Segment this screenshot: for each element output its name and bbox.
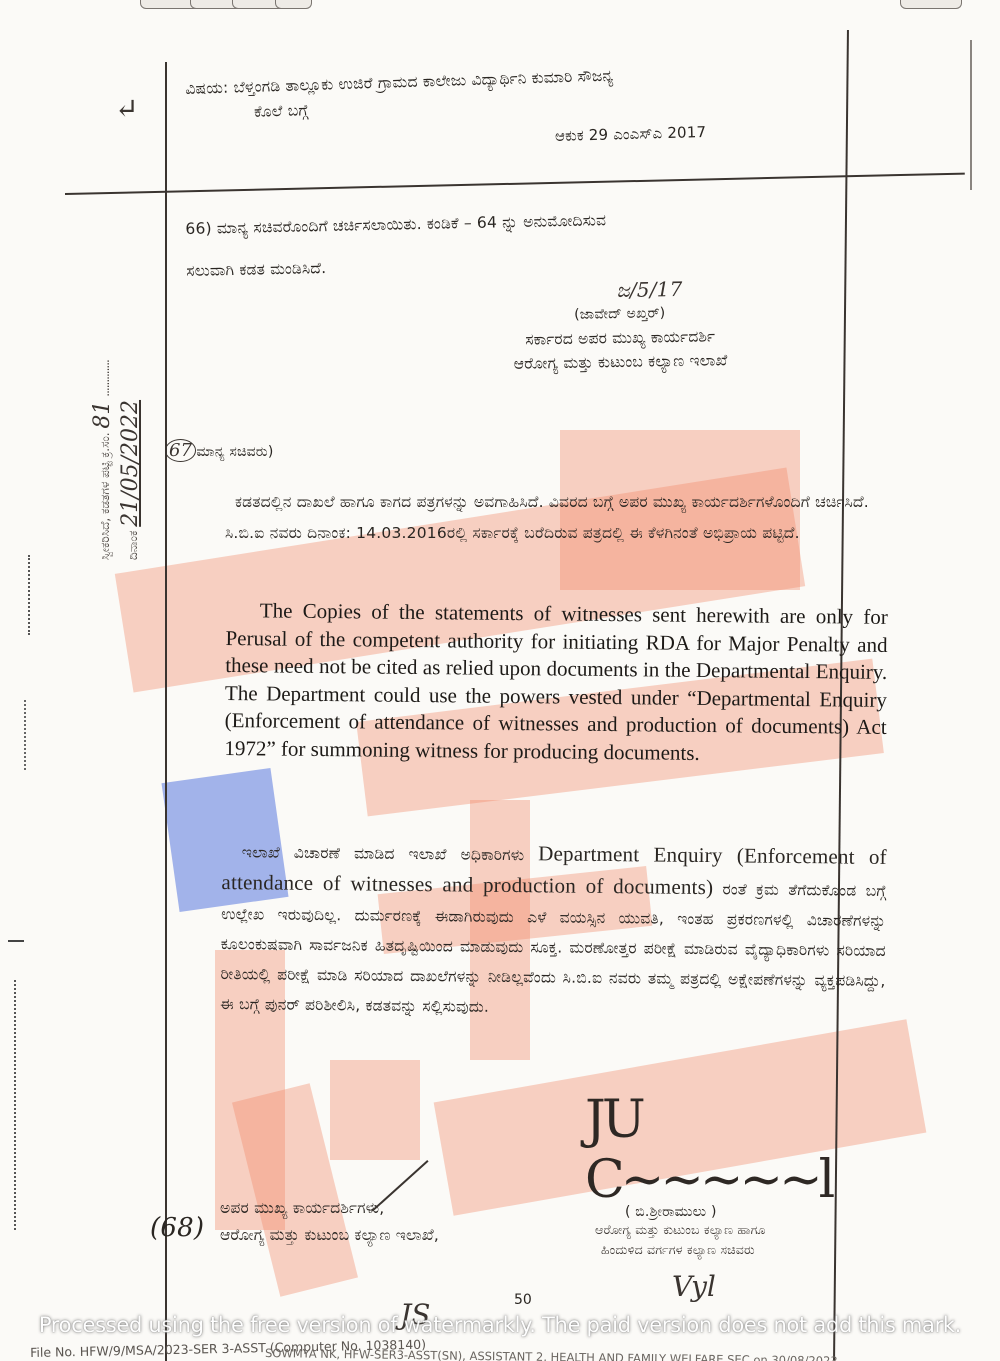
note-68-line-1: ಅಪರ ಮುಖ್ಯ ಕಾರ್ಯದರ್ಶಿಗಳು, (220, 1195, 439, 1222)
binding-tab (900, 0, 962, 9)
stamp-serial: 81 (90, 401, 115, 429)
scan-artifact (14, 980, 18, 1230)
minister-signature: JU C~~~~~l (585, 1090, 875, 1210)
minister-title-2: ಹಿಂದುಳಿದ ವರ್ಗಗಳ ಕಲ್ಯಾಣ ಸಚಿವರು (585, 1240, 875, 1260)
scan-artifact (24, 700, 28, 770)
minister-title-1: ಆರೋಗ್ಯ ಮತ್ತು ಕುಟುಂಬ ಕಲ್ಯಾಣ ಹಾಗೂ (585, 1220, 875, 1240)
note-67-heading: 67ಮಾನ್ಯ ಸಚಿವರು) (165, 440, 273, 461)
note-67-number: 67 (165, 439, 196, 462)
cbi-quote-english: The Copies of the statements of witnesse… (224, 597, 888, 769)
margin-tick-mark: ↵ (115, 92, 138, 125)
page-number: 50 (514, 1292, 532, 1308)
note-67-addressee: ಮಾನ್ಯ ಸಚಿವರು) (196, 444, 273, 460)
para-2-part-1: ಇಲಾಖೆ ವಿಚಾರಣೆ ಮಾಡಿದ ಇಲಾಖೆ ಅಧಿಕಾರಿಗಳು (222, 843, 539, 864)
subject-label: ವಿಷಯ: (185, 79, 229, 98)
left-margin-line (165, 62, 167, 1361)
stamp-date: 21/05/2022 (118, 400, 143, 527)
binding-tab (275, 0, 312, 9)
watermark-band (330, 1060, 420, 1160)
edge-line (970, 40, 972, 190)
signature-block-1: ಜ/5/17 (ಜಾವೇದ್ ಅಖ್ತರ್) ಸರ್ಕಾರದ ಅಪರ ಮುಖ್ಯ… (454, 275, 786, 377)
note-67-paragraph-2: ಇಲಾಖೆ ವಿಚಾರಣೆ ಮಾಡಿದ ಇಲಾಖೆ ಅಧಿಕಾರಿಗಳು Dep… (220, 835, 887, 1026)
signature-block-2: JU C~~~~~l ( ಬಿ.ಶ್ರೀರಾಮುಲು ) ಆರೋಗ್ಯ ಮತ್ತ… (585, 1090, 875, 1260)
watermark-text: Processed using the free version of wate… (0, 1313, 1000, 1337)
receipt-stamp: ಸ್ವೀಕರಿಸಿದೆ, ಕಡತಗಳ ಪಟ್ಟಿ ಕ್ರ.ಸಂ. 81 ....… (90, 360, 146, 560)
stamp-line-1: ಸ್ವೀಕರಿಸಿದೆ, ಕಡತಗಳ ಪಟ್ಟಿ ಕ್ರ.ಸಂ. (98, 432, 112, 560)
note-68-number: (68) (150, 1213, 204, 1243)
scan-artifact (28, 555, 32, 635)
note-67-paragraph-1: ಕಡತದಲ್ಲಿನ ದಾಖಲೆ ಹಾಗೂ ಕಾಗದ ಪತ್ರಗಳನ್ನು ಅವಗ… (225, 487, 885, 549)
note-68-line-2: ಆರೋಗ್ಯ ಮತ್ತು ಕುಟುಂಬ ಕಲ್ಯಾಣ ಇಲಾಖೆ, (220, 1222, 439, 1249)
para-2-part-2: ರಂತೆ ಕ್ರಮ ತೆಗೆದುಕೊಂಡ ಬಗ್ಗೆ ಉಲ್ಲೇಖ ಇರುವುದ… (220, 880, 886, 1016)
cbi-quote-text: The Copies of the statements of witnesse… (224, 597, 888, 769)
stamp-line-2: ದಿನಾಂಕ (126, 531, 140, 560)
note-67-text: ಕಡತದಲ್ಲಿನ ದಾಖಲೆ ಹಾಗೂ ಕಾಗದ ಪತ್ರಗಳನ್ನು ಅವಗ… (225, 487, 885, 549)
scan-artifact (8, 940, 24, 942)
initials-right: Vyl (672, 1270, 716, 1303)
